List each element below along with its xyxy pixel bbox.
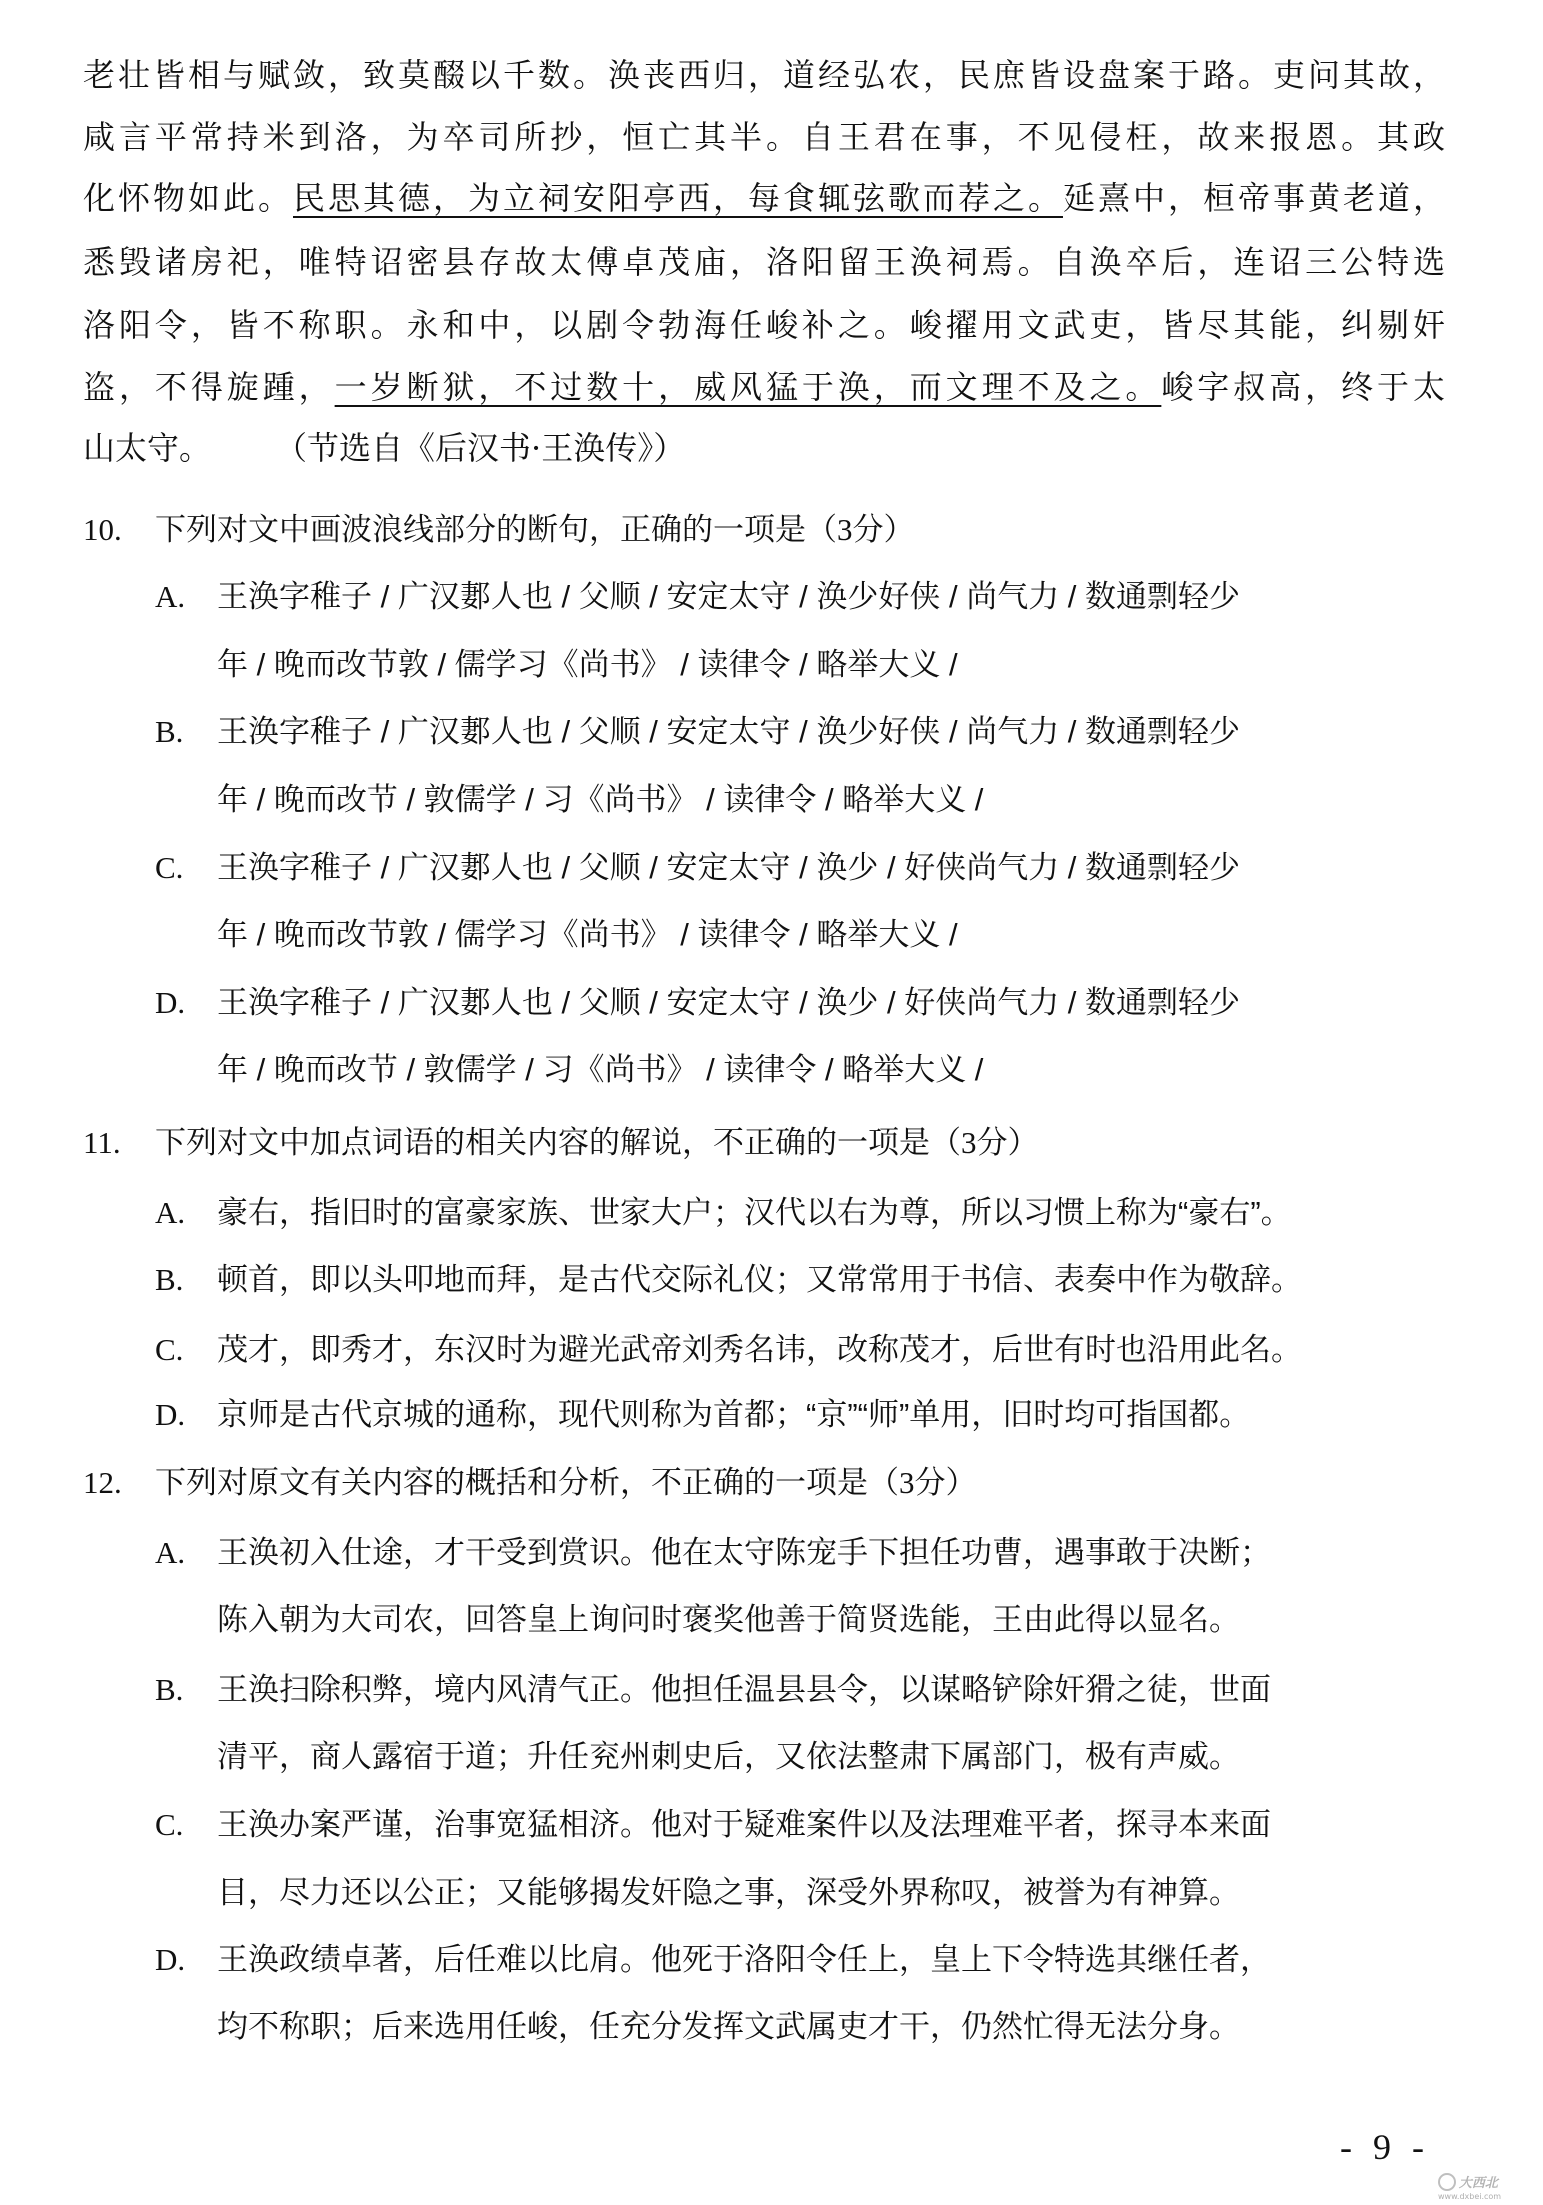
option-b-continued: 清平，商人露宿于道；升任兖州刺史后，又依法整肃下属部门，极有声威。 bbox=[217, 1735, 1240, 1779]
option-letter: D. bbox=[155, 1938, 217, 1982]
option-text: 顿首，即以头叩地而拜，是古代交际礼仪；又常常用于书信、表奏中作为敬辞。 bbox=[217, 1262, 1302, 1297]
watermark: 大西北 www.dxbei.com bbox=[1438, 2172, 1538, 2202]
option-letter: C. bbox=[155, 846, 217, 890]
option-a: A.王涣初入仕途，才干受到赏识。他在太守陈宠手下担任功曹，遇事敢于决断； bbox=[155, 1531, 1445, 1575]
passage-text: 化怀物如此。 bbox=[83, 179, 293, 217]
option-text: 茂才，即秀才，东汉时为避光武帝刘秀名讳，改称茂才，后世有时也沿用此名。 bbox=[217, 1332, 1302, 1367]
question-stem: 10.下列对文中画波浪线部分的断句，正确的一项是（3分） bbox=[83, 508, 915, 552]
option-text: 王涣政绩卓著，后任难以比肩。他死于洛阳令任上，皇上下令特选其继任者， bbox=[217, 1942, 1271, 1977]
underlined-sentence: 民思其德，为立祠安阳亭西，每食辄弦歌而荐之。 bbox=[293, 179, 1063, 217]
question-text: 下列对原文有关内容的概括和分析，不正确的一项是（3分） bbox=[155, 1465, 977, 1500]
option-d-continued: 年 / 晚而改节 / 敦儒学 / 习《尚书》 / 读律令 / 略举大义 / bbox=[217, 1048, 983, 1092]
option-a-continued: 年 / 晚而改节敦 / 儒学习《尚书》 / 读律令 / 略举大义 / bbox=[217, 643, 958, 687]
page-number: - 9 - bbox=[1340, 2126, 1430, 2168]
option-letter: B. bbox=[155, 1258, 217, 1302]
option-text: 王涣字稚子 / 广汉郪人也 / 父顺 / 安定太守 / 涣少好侠 / 尚气力 /… bbox=[217, 579, 1240, 614]
question-text: 下列对文中加点词语的相关内容的解说，不正确的一项是（3分） bbox=[155, 1125, 1039, 1160]
option-c-continued: 年 / 晚而改节敦 / 儒学习《尚书》 / 读律令 / 略举大义 / bbox=[217, 913, 958, 957]
watermark-logo-icon bbox=[1438, 2173, 1456, 2191]
option-c-continued: 目，尽力还以公正；又能够揭发奸隐之事，深受外界称叹，被誉为有神算。 bbox=[217, 1871, 1240, 1915]
passage-line: 盗，不得旋踵，一岁断狱，不过数十，威风猛于涣，而文理不及之。峻字叔高，终于太 bbox=[83, 365, 1445, 409]
option-text: 王涣字稚子 / 广汉郪人也 / 父顺 / 安定太守 / 涣少 / 好侠尚气力 /… bbox=[217, 985, 1240, 1020]
question-text: 下列对文中画波浪线部分的断句，正确的一项是（3分） bbox=[155, 512, 915, 547]
option-c: C.王涣办案严谨，治事宽猛相济。他对于疑难案件以及法理难平者，探寻本来面 bbox=[155, 1803, 1445, 1847]
option-text: 王涣扫除积弊，境内风清气正。他担任温县县令，以谋略铲除奸猾之徒，世面 bbox=[217, 1672, 1271, 1707]
source-citation: （节选自《后汉书·王涣传》） bbox=[195, 429, 685, 467]
passage-text: 峻字叔高，终于太 bbox=[1161, 368, 1445, 406]
passage-line: 老壮皆相与赋敛，致莫醊以千数。涣丧西归，道经弘农，民庶皆设盘案于路。吏问其故， bbox=[83, 53, 1445, 97]
option-letter: B. bbox=[155, 710, 217, 754]
option-text: 王涣初入仕途，才干受到赏识。他在太守陈宠手下担任功曹，遇事敢于决断； bbox=[217, 1535, 1271, 1570]
option-d-continued: 均不称职；后来选用任峻，任充分发挥文武属吏才干，仍然忙得无法分身。 bbox=[217, 2005, 1240, 2049]
watermark-title: 大西北 bbox=[1459, 2176, 1498, 2191]
option-letter: D. bbox=[155, 1393, 217, 1437]
option-letter: B. bbox=[155, 1668, 217, 1712]
passage-line: 咸言平常持米到洛，为卒司所抄，恒亡其半。自王君在事，不见侵枉，故来报恩。其政 bbox=[83, 115, 1445, 159]
passage-text: 咸言平常持米到洛，为卒司所抄，恒亡其半。自王君在事，不见侵枉，故来报恩。其政 bbox=[83, 118, 1445, 156]
option-d: D.王涣政绩卓著，后任难以比肩。他死于洛阳令任上，皇上下令特选其继任者， bbox=[155, 1938, 1445, 1982]
question-stem: 12.下列对原文有关内容的概括和分析，不正确的一项是（3分） bbox=[83, 1461, 977, 1505]
exam-page: 老壮皆相与赋敛，致莫醊以千数。涣丧西归，道经弘农，民庶皆设盘案于路。吏问其故， … bbox=[0, 0, 1543, 2205]
option-a-continued: 陈入朝为大司农，回答皇上询问时褒奖他善于简贤选能，王由此得以显名。 bbox=[217, 1598, 1240, 1642]
option-text: 豪右，指旧时的富豪家族、世家大户；汉代以右为尊，所以习惯上称为“豪右”。 bbox=[217, 1195, 1292, 1230]
passage-text: 山太守。 bbox=[83, 429, 195, 467]
passage-line: 化怀物如此。民思其德，为立祠安阳亭西，每食辄弦歌而荐之。延熹中，桓帝事黄老道， bbox=[83, 176, 1445, 220]
question-number: 12. bbox=[83, 1461, 155, 1505]
passage-text: 延熹中，桓帝事黄老道， bbox=[1063, 179, 1445, 217]
passage-text: 老壮皆相与赋敛，致莫醊以千数。涣丧西归，道经弘农，民庶皆设盘案于路。吏问其故， bbox=[83, 56, 1445, 94]
option-text: 京师是古代京城的通称，现代则称为首都；“京”“师”单用，旧时均可指国都。 bbox=[217, 1397, 1250, 1432]
option-b: B.王涣字稚子 / 广汉郪人也 / 父顺 / 安定太守 / 涣少好侠 / 尚气力… bbox=[155, 710, 1445, 754]
watermark-url: www.dxbei.com bbox=[1438, 2192, 1538, 2201]
option-d: D.王涣字稚子 / 广汉郪人也 / 父顺 / 安定太守 / 涣少 / 好侠尚气力… bbox=[155, 981, 1445, 1025]
option-text: 王涣办案严谨，治事宽猛相济。他对于疑难案件以及法理难平者，探寻本来面 bbox=[217, 1807, 1271, 1842]
passage-text: 洛阳令，皆不称职。永和中，以剧令勃海任峻补之。峻擢用文武吏，皆尽其能，纠剔奸 bbox=[83, 306, 1445, 344]
option-a: A.豪右，指旧时的富豪家族、世家大户；汉代以右为尊，所以习惯上称为“豪右”。 bbox=[155, 1191, 1445, 1235]
option-c: C.王涣字稚子 / 广汉郪人也 / 父顺 / 安定太守 / 涣少 / 好侠尚气力… bbox=[155, 846, 1445, 890]
passage-line: 悉毁诸房祀，唯特诏密县存故太傅卓茂庙，洛阳留王涣祠焉。自涣卒后，连诏三公特选 bbox=[83, 240, 1445, 284]
option-letter: A. bbox=[155, 1531, 217, 1575]
option-letter: A. bbox=[155, 1191, 217, 1235]
passage-line: 洛阳令，皆不称职。永和中，以剧令勃海任峻补之。峻擢用文武吏，皆尽其能，纠剔奸 bbox=[83, 303, 1445, 347]
passage-line: 山太守。 （节选自《后汉书·王涣传》） bbox=[83, 426, 1445, 470]
option-a: A.王涣字稚子 / 广汉郪人也 / 父顺 / 安定太守 / 涣少好侠 / 尚气力… bbox=[155, 575, 1445, 619]
question-number: 10. bbox=[83, 508, 155, 552]
passage-text: 悉毁诸房祀，唯特诏密县存故太傅卓茂庙，洛阳留王涣祠焉。自涣卒后，连诏三公特选 bbox=[83, 243, 1445, 281]
option-c: C.茂才，即秀才，东汉时为避光武帝刘秀名讳，改称茂才，后世有时也沿用此名。 bbox=[155, 1328, 1445, 1372]
option-letter: A. bbox=[155, 575, 217, 619]
option-letter: D. bbox=[155, 981, 217, 1025]
option-letter: C. bbox=[155, 1328, 217, 1372]
option-text: 王涣字稚子 / 广汉郪人也 / 父顺 / 安定太守 / 涣少好侠 / 尚气力 /… bbox=[217, 714, 1240, 749]
passage-text: 盗，不得旋踵， bbox=[83, 368, 335, 406]
option-b: B.顿首，即以头叩地而拜，是古代交际礼仪；又常常用于书信、表奏中作为敬辞。 bbox=[155, 1258, 1445, 1302]
option-b: B.王涣扫除积弊，境内风清气正。他担任温县县令，以谋略铲除奸猾之徒，世面 bbox=[155, 1668, 1445, 1712]
question-stem: 11.下列对文中加点词语的相关内容的解说，不正确的一项是（3分） bbox=[83, 1121, 1039, 1165]
option-b-continued: 年 / 晚而改节 / 敦儒学 / 习《尚书》 / 读律令 / 略举大义 / bbox=[217, 778, 983, 822]
option-letter: C. bbox=[155, 1803, 217, 1847]
option-d: D.京师是古代京城的通称，现代则称为首都；“京”“师”单用，旧时均可指国都。 bbox=[155, 1393, 1445, 1437]
option-text: 王涣字稚子 / 广汉郪人也 / 父顺 / 安定太守 / 涣少 / 好侠尚气力 /… bbox=[217, 850, 1240, 885]
underlined-sentence: 一岁断狱，不过数十，威风猛于涣，而文理不及之。 bbox=[335, 368, 1162, 406]
question-number: 11. bbox=[83, 1121, 155, 1165]
